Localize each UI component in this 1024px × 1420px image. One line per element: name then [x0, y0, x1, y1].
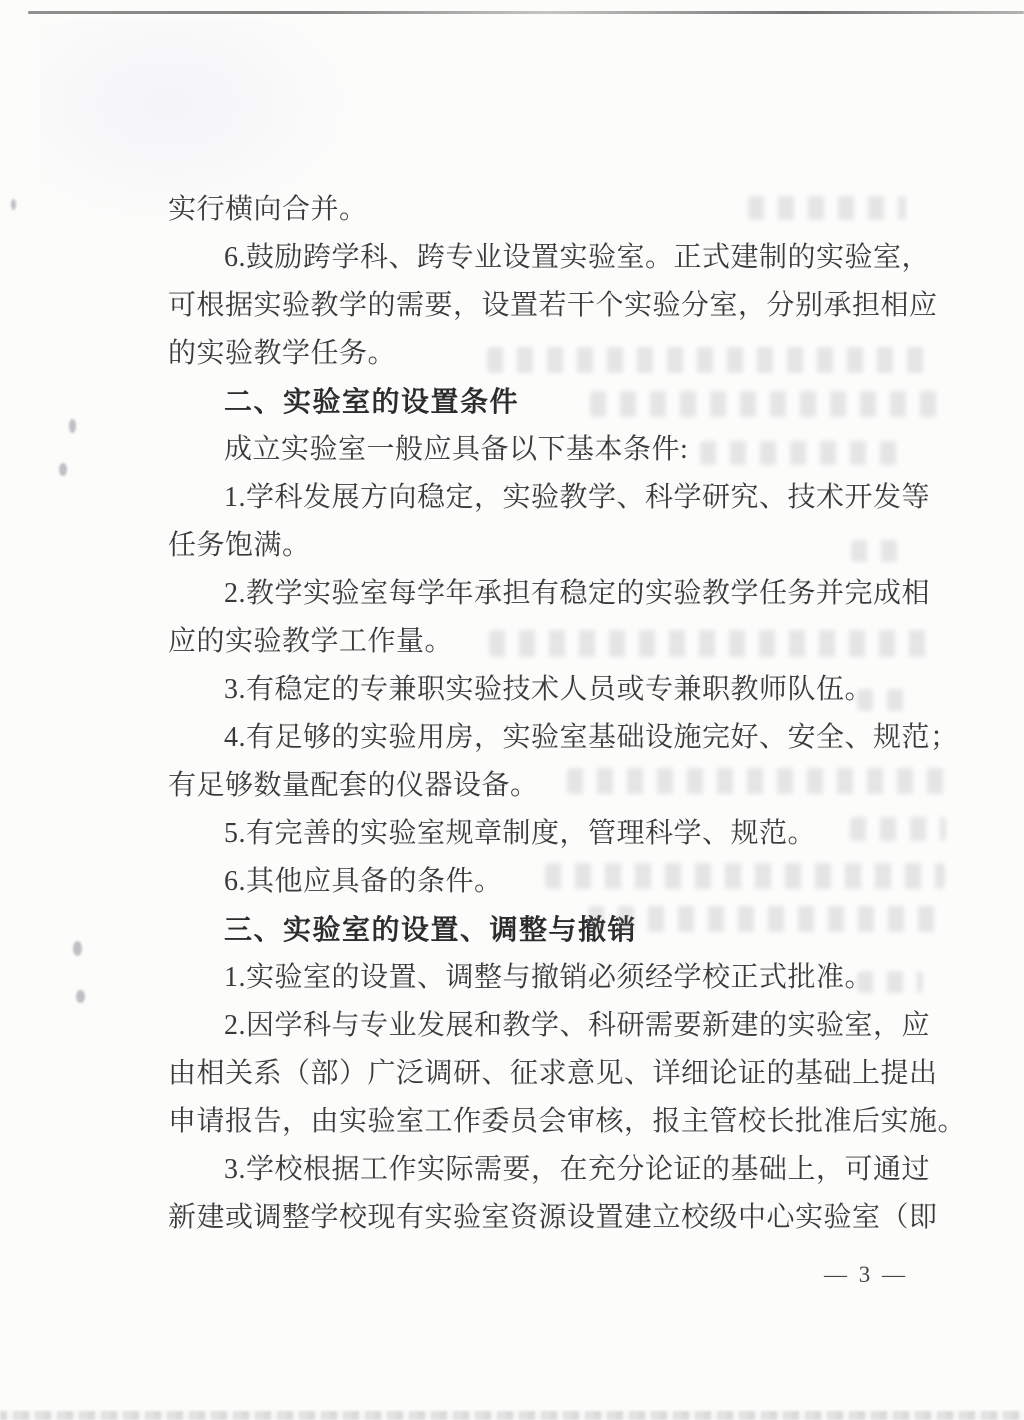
- page-number: — 3 —: [824, 1262, 908, 1288]
- text-line: 3.有稳定的专兼职实验技术人员或专兼职教师队伍。: [168, 666, 938, 714]
- text-line: 申请报告，由实验室工作委员会审核，报主管校长批准后实施。: [168, 1098, 938, 1146]
- scan-speck: [76, 990, 85, 1003]
- scan-speck: [59, 463, 67, 476]
- text-line: 2.教学实验室每学年承担有稳定的实验教学任务并完成相: [168, 570, 938, 618]
- ink-bleed-ghost: [850, 817, 946, 841]
- ink-bleed-ghost: [748, 196, 906, 220]
- scan-edge-artifact-bottom: [0, 1411, 1024, 1420]
- scan-speck: [73, 941, 82, 956]
- scanned-document-page: 实行横向合并。 6.鼓励跨学科、跨专业设置实验室。正式建制的实验室， 可根据实验…: [0, 0, 1024, 1420]
- text-line: 5.有完善的实验室规章制度，管理科学、规范。: [168, 810, 938, 858]
- text-line: 1.实验室的设置、调整与撤销必须经学校正式批准。: [168, 954, 938, 1002]
- text-line: 4.有足够的实验用房，实验室基础设施完好、安全、规范；: [168, 714, 938, 762]
- text-line: 由相关系（部）广泛调研、征求意见、详细论证的基础上提出: [168, 1050, 938, 1098]
- ink-bleed-ghost: [857, 971, 923, 993]
- ink-bleed-ghost: [700, 441, 905, 465]
- ink-bleed-ghost: [851, 540, 907, 562]
- text-line: 任务饱满。: [168, 522, 938, 570]
- document-body: 实行横向合并。 6.鼓励跨学科、跨专业设置实验室。正式建制的实验室， 可根据实验…: [168, 186, 938, 1242]
- ink-bleed-ghost: [857, 689, 911, 711]
- text-line: 6.鼓励跨学科、跨专业设置实验室。正式建制的实验室，: [168, 234, 938, 282]
- text-line: 3.学校根据工作实际需要，在充分论证的基础上，可通过: [168, 1146, 938, 1194]
- text-line: 新建或调整学校现有实验室资源设置建立校级中心实验室（即: [168, 1194, 938, 1242]
- text-line: 1.学科发展方向稳定，实验教学、科学研究、技术开发等: [168, 474, 938, 522]
- ink-bleed-ghost: [487, 347, 937, 373]
- text-line: 可根据实验教学的需要，设置若干个实验分室，分别承担相应: [168, 282, 938, 330]
- scan-speck: [11, 199, 16, 210]
- ink-bleed-ghost: [489, 630, 934, 657]
- ink-bleed-ghost: [588, 906, 944, 932]
- text-line: 2.因学科与专业发展和教学、科研需要新建的实验室，应: [168, 1002, 938, 1050]
- scan-speck: [69, 419, 76, 433]
- scan-edge-artifact-top: [28, 11, 1024, 14]
- ink-bleed-ghost: [590, 391, 942, 417]
- ink-bleed-ghost: [567, 768, 953, 794]
- ink-bleed-ghost: [545, 863, 945, 889]
